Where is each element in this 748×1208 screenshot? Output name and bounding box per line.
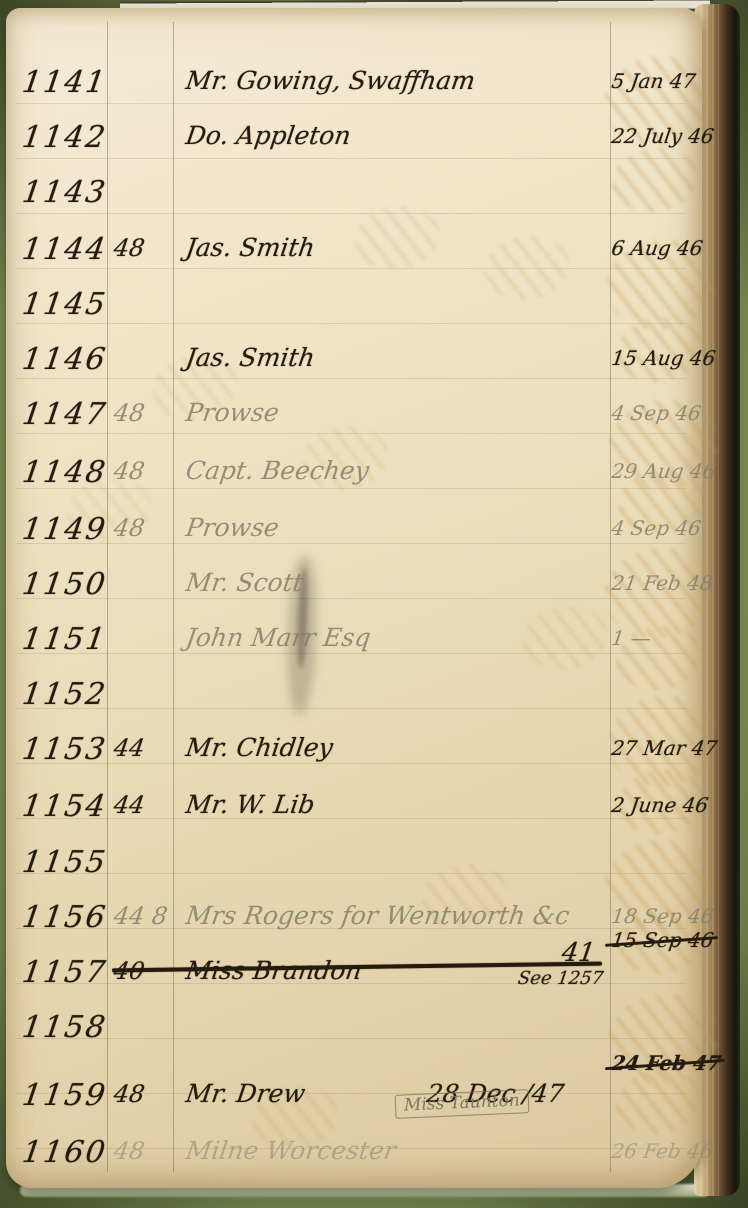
entry-number: 1158 bbox=[20, 1010, 109, 1045]
ledger-row: 1145 bbox=[6, 270, 702, 325]
ledger-row: 1150 Mr. Scott 21 Feb 48 bbox=[6, 550, 702, 605]
entry-fee: 48 bbox=[112, 234, 146, 262]
entry-fee: 44 bbox=[112, 734, 146, 762]
correction-number: 41 bbox=[560, 938, 597, 968]
pencil-annotation: Miss Taunton bbox=[395, 1089, 530, 1119]
entry-name: Prowse bbox=[184, 398, 281, 427]
entry-number: 1152 bbox=[20, 677, 109, 712]
entry-name: Jas. Smith bbox=[184, 233, 317, 262]
ledger-scan: 1141 Mr. Gowing, Swaffham 5 Jan 47 1142 … bbox=[0, 0, 748, 1208]
entry-date: 22 July 46 bbox=[610, 124, 716, 148]
entry-date: 15 Aug 46 bbox=[610, 346, 717, 370]
entry-fee: 48 bbox=[112, 514, 146, 542]
entry-fee: 48 bbox=[112, 1137, 146, 1165]
ledger-row: 1159 48 Mr. Drew 28 Dec /47 24 Feb 47 Mi… bbox=[6, 1061, 702, 1116]
ledger-row: 1144 48 Jas. Smith 6 Aug 46 bbox=[6, 215, 702, 270]
entry-number: 1147 bbox=[20, 397, 109, 432]
entry-number: 1150 bbox=[20, 567, 109, 602]
entry-date: 2 June 46 bbox=[610, 793, 710, 817]
entry-number: 1157 bbox=[20, 955, 109, 990]
entry-name: Prowse bbox=[184, 513, 281, 542]
entry-name: Mr. Scott bbox=[184, 568, 305, 597]
entry-fee: 44 bbox=[112, 791, 146, 819]
entry-name: Mr. Gowing, Swaffham bbox=[184, 66, 477, 95]
ledger-row: 1155 bbox=[6, 828, 702, 883]
entry-date: 6 Aug 46 bbox=[610, 236, 704, 260]
entry-number: 1144 bbox=[20, 232, 109, 267]
ledger-row: 1156 44 8 Mrs Rogers for Wentworth &c 18… bbox=[6, 883, 702, 938]
entry-number: 1156 bbox=[20, 900, 109, 935]
ledger-row: 1160 48 Milne Worcester 26 Feb 46 bbox=[6, 1118, 702, 1173]
entry-name: Do. Appleton bbox=[184, 121, 353, 150]
ledger-row: 1151 John Marr Esq 1 — bbox=[6, 605, 702, 660]
ledger-row: 1148 48 Capt. Beechey 29 Aug 46 bbox=[6, 438, 702, 493]
entry-date: 24 Feb 47 bbox=[610, 1051, 723, 1075]
entry-name: Mr. Chidley bbox=[184, 733, 335, 762]
entry-name: Milne Worcester bbox=[184, 1136, 398, 1165]
entry-date: 26 Feb 46 bbox=[610, 1139, 714, 1163]
entry-number: 1148 bbox=[20, 455, 109, 490]
entry-number: 1141 bbox=[20, 65, 109, 100]
entry-fee: 48 bbox=[112, 457, 146, 485]
entry-date: 21 Feb 48 bbox=[610, 571, 714, 595]
entry-number: 1143 bbox=[20, 175, 109, 210]
ledger-row: 1154 44 Mr. W. Lib 2 June 46 bbox=[6, 772, 702, 827]
ledger-row: 1153 44 Mr. Chidley 27 Mar 47 bbox=[6, 715, 702, 770]
entry-name: John Marr Esq bbox=[184, 623, 373, 652]
ledger-row: 1158 bbox=[6, 993, 702, 1048]
entry-date: 27 Mar 47 bbox=[610, 736, 719, 760]
entry-fee: 48 bbox=[112, 399, 146, 427]
entry-name: Jas. Smith bbox=[184, 343, 317, 372]
entry-number: 1155 bbox=[20, 845, 109, 880]
entry-date: 5 Jan 47 bbox=[610, 69, 697, 93]
entry-fee: 44 8 bbox=[112, 902, 169, 930]
entry-number: 1149 bbox=[20, 512, 109, 547]
entry-number: 1154 bbox=[20, 789, 109, 824]
entry-date: 18 Sep 46 bbox=[610, 904, 715, 928]
entry-number: 1160 bbox=[20, 1135, 109, 1170]
entry-number: 1146 bbox=[20, 342, 109, 377]
ledger-row: 1152 bbox=[6, 660, 702, 715]
entry-fee: 48 bbox=[112, 1080, 146, 1108]
entry-number: 1142 bbox=[20, 120, 109, 155]
ledger-row: 1142 Do. Appleton 22 July 46 bbox=[6, 103, 702, 158]
entry-name: Mr. Drew bbox=[184, 1079, 307, 1108]
ledger-page: 1141 Mr. Gowing, Swaffham 5 Jan 47 1142 … bbox=[6, 8, 702, 1188]
entry-date: 4 Sep 46 bbox=[610, 516, 703, 540]
entry-number: 1151 bbox=[20, 622, 109, 657]
entry-date: 29 Aug 46 bbox=[610, 459, 717, 483]
entry-date: 1 — bbox=[610, 626, 652, 650]
entry-number: 1159 bbox=[20, 1078, 109, 1113]
entry-date: 4 Sep 46 bbox=[610, 401, 703, 425]
entry-number: 1153 bbox=[20, 732, 109, 767]
ledger-row: 1141 Mr. Gowing, Swaffham 5 Jan 47 bbox=[6, 48, 702, 103]
ledger-row: 1149 48 Prowse 4 Sep 46 bbox=[6, 495, 702, 550]
entry-name: Capt. Beechey bbox=[184, 456, 371, 485]
ledger-row: 1146 Jas. Smith 15 Aug 46 bbox=[6, 325, 702, 380]
entry-name: Mrs Rogers for Wentworth &c bbox=[184, 901, 571, 930]
entry-date: 15 Sep 46 bbox=[610, 928, 715, 952]
entry-name: Mr. W. Lib bbox=[184, 790, 317, 819]
cross-reference-note: See 1257 bbox=[517, 968, 605, 989]
ledger-row: 1143 bbox=[6, 158, 702, 213]
entry-number: 1145 bbox=[20, 287, 109, 322]
ledger-row: 1157 40 Miss Brandon 15 Sep 46 41See 125… bbox=[6, 938, 702, 993]
ledger-row: 1147 48 Prowse 4 Sep 46 bbox=[6, 380, 702, 435]
